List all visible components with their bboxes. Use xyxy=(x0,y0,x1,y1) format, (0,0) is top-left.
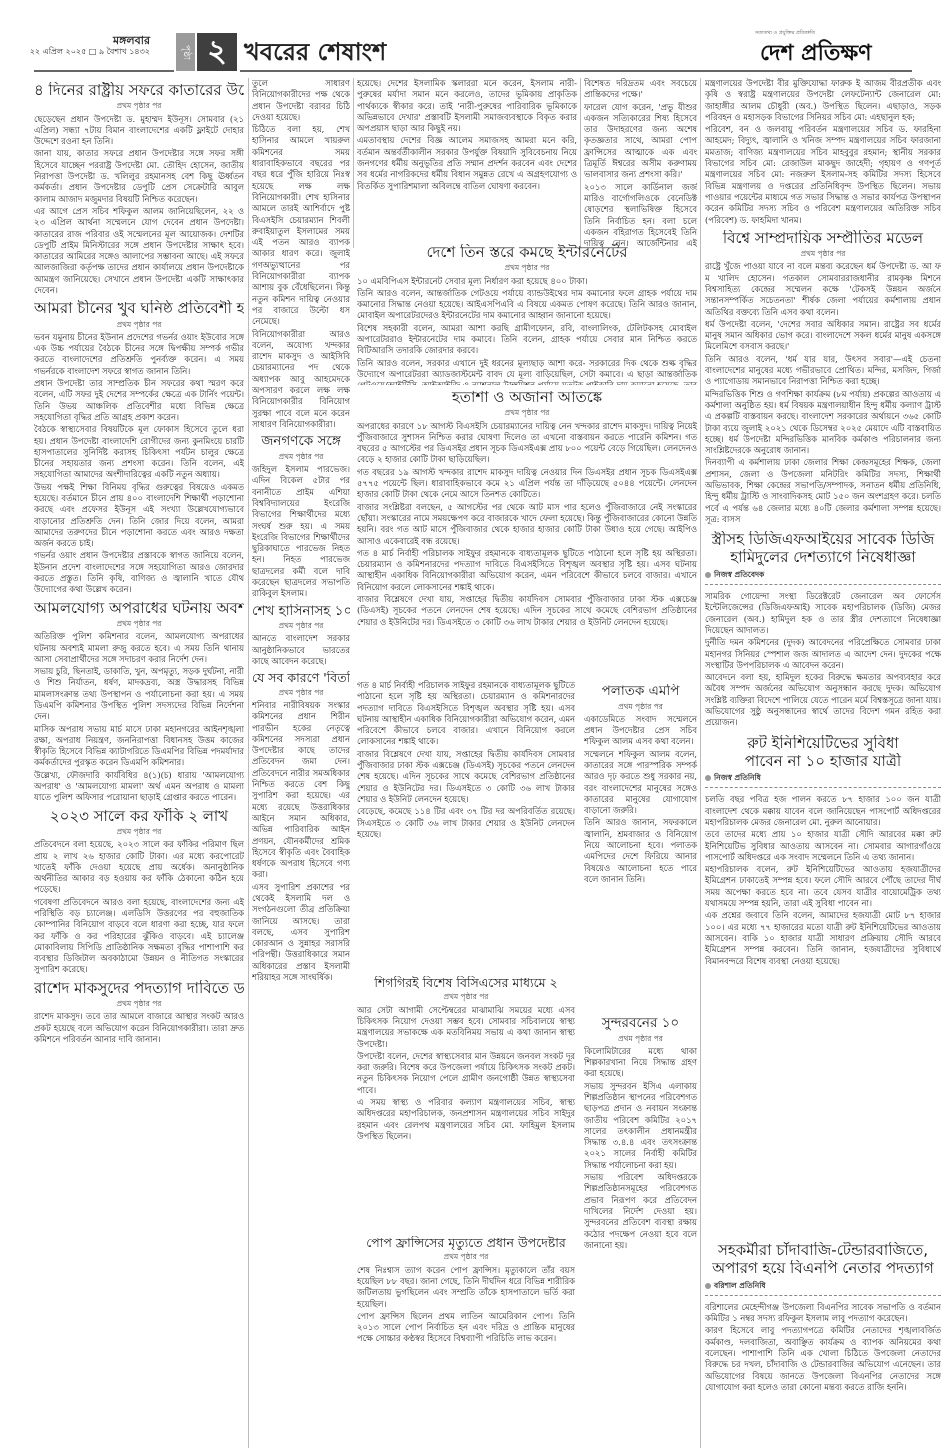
paragraph: এ সময় স্বাস্থ্য ও পরিবার কল্যাণ মন্ত্রণ… xyxy=(357,1097,575,1142)
paragraph: আনতে বাংলাদেশ সরকার আনুষ্ঠানিকভাবে ভারতে… xyxy=(252,633,350,667)
paragraph: পরিবেশ, বন ও জলবায়ু পরিবর্তন মন্ত্রণালয… xyxy=(705,124,941,226)
paragraph: তিনি আরও বলেন, সরকার এখানে দুই ধরনের মূল… xyxy=(357,358,697,385)
column-3-mid: গত ৪ মার্চ নির্বাহী পরিচালক সাইফুর রহমান… xyxy=(357,680,575,970)
dashed-divider xyxy=(705,1295,941,1296)
column-divider xyxy=(248,78,249,1448)
article-despair-fear: হতাশা ও অজানা আতঙ্কে প্রথম পৃষ্ঠার পর অপ… xyxy=(357,385,697,675)
headline: ২০২৩ সালে কর ফাঁকি ২ লাখ xyxy=(34,808,244,825)
article-china-neighbor: আমরা চীনের খুব ঘনিষ্ঠ প্রতিবেশী হতে প্রথ… xyxy=(34,300,244,595)
jump-label: প্রথম পৃষ্ঠার পর xyxy=(34,618,244,629)
paragraph: ফারেল যোগ করেন, 'প্রভু যীশুর একজন সত্যিক… xyxy=(584,102,697,181)
column-1: ৪ দিনের রাষ্ট্রীয় সফরে কাতারের উদ্দেশে … xyxy=(34,78,244,1448)
byline-text: নিজস্ব প্রতিনিধি xyxy=(714,773,761,782)
headline: পলাতক এমপি xyxy=(584,684,697,700)
jump-label: প্রথম পৃষ্ঠার পর xyxy=(34,826,244,837)
bullet-icon xyxy=(705,1283,711,1289)
paragraph: এসব সুপারিশ প্রকাশের পর থেকেই ইসলামি দল … xyxy=(252,882,350,984)
paragraph: বাজার সংশ্লিষ্টরা বলছেন, ৫ আগস্টের পর থে… xyxy=(357,502,697,547)
article-rashed-resignation: রাশেদ মাকসুদের পদত্যাগ দাবিতে ড. প্রথম প… xyxy=(34,980,244,1045)
headline-line-2: হামিদুলের দেশত্যাগে নিষেধাজ্ঞা xyxy=(705,549,941,566)
page-number: ২ xyxy=(197,33,237,71)
paragraph: আর সেটা আগামী সেপ্টেম্বরের মাঝামাঝি সময়… xyxy=(357,1005,575,1050)
column-divider xyxy=(580,78,581,248)
paragraph: প্রধান উপদেষ্টা তার সাম্প্রতিক চীন সফরের… xyxy=(34,378,244,423)
article-cognizable-crime: আমলযোগ্য অপরাধের ঘটনায় অবশ্যই প্রথম পৃষ… xyxy=(34,600,244,804)
headline: দেশে তিন স্তরে কমছে ইন্টারনেটের xyxy=(357,244,697,261)
paragraph: সভায় চুরি, ছিনতাই, ডাকাতি, খুন, অপমৃত্য… xyxy=(34,666,244,722)
issue-date: ২২ এপ্রিল ২০২৫ □ ৯ বৈশাখ ১৪৩২ xyxy=(30,46,150,59)
headline: আমলযোগ্য অপরাধের ঘটনায় অবশ্যই xyxy=(34,600,244,617)
header-rule-left xyxy=(34,70,174,72)
headline: বিশ্বে সাম্প্রদায়িক সম্প্রীতির মডেল xyxy=(705,230,941,247)
paragraph: প্রতিবেদনে বলা হয়েছে, ২০২৩ সালে কর ফাঁক… xyxy=(34,839,244,895)
article-qatar-visit: ৪ দিনের রাষ্ট্রীয় সফরে কাতারের উদ্দেশে … xyxy=(34,82,244,296)
jump-label: প্রথম পৃষ্ঠার পর xyxy=(252,620,350,631)
headline: পোপ ফ্রান্সিসের মৃত্যুতে প্রধান উপদেষ্টা… xyxy=(357,1236,575,1250)
jump-label: প্রথম পৃষ্ঠার পর xyxy=(705,248,941,259)
paragraph: জহিদুল ইসলাম পারভেজ। এদিন বিকেল ৫টার পর … xyxy=(252,464,350,600)
paragraph: তুলে সাধারণ বিনিয়োগকারীদের পক্ষ থেকে প্… xyxy=(252,78,350,123)
jump-label: প্রথম পৃষ্ঠার পর xyxy=(357,1251,575,1262)
paragraph: অপরাধের কারণে ১৮ আগস্ট বিএসইসি চেয়ারম্য… xyxy=(357,421,697,466)
headline: হতাশা ও অজানা আতঙ্কে xyxy=(357,389,697,406)
headline-line-2: পাবেন না ১০ হাজার যাত্রী xyxy=(705,753,941,770)
article-hajj-route-initiative: রুট ইনিশিয়েটিভের সুবিধা পাবেন না ১০ হাজ… xyxy=(705,735,941,967)
byline: বরিশাল প্রতিনিধি xyxy=(705,1280,941,1291)
paragraph: জানা যায়, কাতার সফরে প্রধান উপদেষ্টার স… xyxy=(34,148,244,204)
headline-line-1: রুট ইনিশিয়েটিভের সুবিধা xyxy=(705,735,941,752)
paragraph: তিনি আরও জানান, সফরকালে জ্বালানি, শ্রমবা… xyxy=(584,817,697,885)
article-fugitive-mp: পলাতক এমপি প্রথম পৃষ্ঠার পর একাডেমিতে সং… xyxy=(584,680,697,1010)
paragraph: হয়েছে। দেশের ইসলামিক স্কলাররা মনে করেন,… xyxy=(357,78,577,134)
article-public-together: জনগণকে সঙ্গে প্রথম পৃষ্ঠার পর জহিদুল ইসল… xyxy=(252,434,350,599)
paragraph: বাজার বিশ্লেষণে দেখা যায়, সপ্তাহের দ্বি… xyxy=(357,594,697,628)
paragraph: মন্দিরভিত্তিক শিশু ও গণশিক্ষা কার্যক্রম … xyxy=(705,389,941,457)
column-divider xyxy=(353,78,354,248)
paragraph: অতিরিক্ত পুলিশ কমিশনার বলেন, আমলযোগ্য অপ… xyxy=(34,631,244,665)
paragraph: চলতি বছর পবিত্র হজ পালন করতে ৮৭ হাজার ১০… xyxy=(705,794,941,828)
bullet-icon xyxy=(705,572,711,578)
paragraph: তিনি আরও বলেন, আন্তর্জাতিক গেটওয়ে পর্যা… xyxy=(357,288,697,322)
paragraph: শেষ নিঃশ্বাস ত্যাগ করেন পোপ ফ্রান্সিস। ম… xyxy=(357,1265,575,1310)
headline: শিগগিরই বিশেষ বিসিএসের মাধ্যমে ২ xyxy=(357,976,575,990)
byline: নিজস্ব প্রতিনিধি xyxy=(705,772,941,783)
paragraph: মহাপরিচালক বলেন, রুট ইনিশিয়েটিভের আওতায… xyxy=(705,864,941,909)
page-label: পৃষ্ঠা xyxy=(176,33,195,71)
paragraph: এমতাবস্থায় দেশের বিজ্ঞ আলেম সমাজসহ আমরা… xyxy=(357,135,577,191)
article-investors-letter: তুলে সাধারণ বিনিয়োগকারীদের পক্ষ থেকে প্… xyxy=(252,78,350,430)
paragraph: বরিশালের মেহেন্দীগঞ্জ উপজেলা বিএনপির সাব… xyxy=(705,1302,941,1325)
paragraph: বৈঠকে স্বাস্থ্যসেবার বিষয়টিকে মূল ফোকাস… xyxy=(34,424,244,480)
paragraph: আবেদনে বলা হয়, হামিদুল হকের বিরুদ্ধে ক্… xyxy=(705,672,941,728)
jump-label: প্রথম পৃষ্ঠার পর xyxy=(34,998,244,1009)
paragraph: গবেষণা প্রতিবেদনে আরও বলা হয়েছে, বাংলাদ… xyxy=(34,897,244,976)
headline: ৪ দিনের রাষ্ট্রীয় সফরে কাতারের উদ্দেশে xyxy=(34,82,244,99)
paragraph: ছেড়েছেন প্রধান উপদেষ্টা ড. মুহাম্মদ ইউন… xyxy=(34,114,244,148)
paragraph: উভয় পক্ষই শিক্ষা বিনিময় বৃদ্ধির গুরুত্… xyxy=(34,482,244,550)
paragraph: সামরিক গোয়েন্দা সংস্থা ডিরেক্টরেট জেনার… xyxy=(705,591,941,636)
jump-label: প্রথম পৃষ্ঠার পর xyxy=(357,407,697,418)
paragraph: একাডেমিতে সংবাদ সম্মেলনে প্রধান উপদেষ্টা… xyxy=(584,714,697,748)
headline: আমরা চীনের খুব ঘনিষ্ঠ প্রতিবেশী হতে xyxy=(34,300,244,317)
paragraph: রাষ্ট্রে খুঁজে পাওয়া যাবে না বলে মন্তব্… xyxy=(705,261,941,317)
masthead: মঙ্গলবার ২২ এপ্রিল ২০২৫ □ ৯ বৈশাখ ১৪৩২ প… xyxy=(0,0,945,62)
article-dgfi-travel-ban: স্ত্রীসহ ডিজিএফআইয়ের সাবেক ডিজি হামিদুল… xyxy=(705,531,941,728)
paragraph: দিনব্যাপী এ কর্মশালায় ঢাকা জেলার শিক্ষা… xyxy=(705,457,941,525)
jump-label: প্রথম পৃষ্ঠার পর xyxy=(584,1033,697,1044)
paragraph: বাজার বিশ্লেষণে দেখা যায়, সপ্তাহের দ্বি… xyxy=(357,749,575,805)
article-pope-francis: পোপ ফ্রান্সিসের মৃত্যুতে প্রধান উপদেষ্টা… xyxy=(357,1232,575,1448)
article-sundarbans: সুন্দরবনের ১০ প্রথম পৃষ্ঠার পর কিলোমিটার… xyxy=(584,1012,697,1448)
paragraph: গত ৪ মার্চ নির্বাহী পরিচালক সাইফুর রহমান… xyxy=(357,548,697,593)
paragraph: পোপ ফ্রান্সিস ছিলেন প্রথম লাতিন আমেরিকান… xyxy=(357,1311,575,1345)
headline: সুন্দরবনের ১০ xyxy=(584,1016,697,1032)
column-4-top: বিশেষত দরিদ্রতম এবং সবচেয়ে প্রান্তিকদের… xyxy=(584,78,697,248)
paragraph: গত ৪ মার্চ নির্বাহী পরিচালক সাইফুর রহমান… xyxy=(357,680,575,748)
byline-text: নিজস্ব প্রতিবেদক xyxy=(714,570,764,579)
article-internet-price: দেশে তিন স্তরে কমছে ইন্টারনেটের প্রথম পৃ… xyxy=(357,240,697,385)
column-divider xyxy=(700,78,701,1448)
jump-label: প্রথম পৃষ্ঠার পর xyxy=(252,451,350,462)
dashed-divider xyxy=(705,787,941,788)
paragraph: এক প্রশ্নের জবাবে তিনি বলেন, আমাদের হজযা… xyxy=(705,910,941,966)
dashed-divider xyxy=(705,584,941,585)
paragraph: বিশেষ সহকারী বলেন, আমরা আশা করছি গ্রামীণ… xyxy=(357,323,697,357)
column-3-top: হয়েছে। দেশের ইসলামিক স্কলাররা মনে করেন,… xyxy=(357,78,577,243)
paragraph: তিনি আরও বলেন, 'ধর্ম যার যার, উৎসব সবার'… xyxy=(705,354,941,388)
paragraph: মন্ত্রণালয়ের উপদেষ্টা বীর মুক্তিযোদ্ধা … xyxy=(705,78,941,123)
jump-label: প্রথম পৃষ্ঠার পর xyxy=(34,319,244,330)
headline-line-2: অপারগ হয়ে বিএনপি নেতার পদত্যাগ xyxy=(705,1260,941,1277)
headline-line-1: স্ত্রীসহ ডিজিএফআইয়ের সাবেক ডিজি xyxy=(705,531,941,548)
article-special-bcs: শিগগিরই বিশেষ বিসিএসের মাধ্যমে ২ প্রথম প… xyxy=(357,972,575,1230)
paragraph: বেড়েছে, কমেছে ১১৪ টির এবং ৩৭ টির দর অপর… xyxy=(357,806,575,840)
paragraph: ২০১৩ সালে কার্ডিনাল জর্জ মারিও বার্গোগলি… xyxy=(584,182,697,248)
jump-label: প্রথম পৃষ্ঠার পর xyxy=(34,100,244,111)
paragraph: এর আগে প্রেস সচিব শফিকুল আলম জানিয়েছিলে… xyxy=(34,206,244,296)
article-communal-harmony: বিশ্বে সাম্প্রদায়িক সম্প্রীতির মডেল প্র… xyxy=(705,230,941,525)
byline-text: বরিশাল প্রতিনিধি xyxy=(714,1281,766,1290)
article-hasina-ten: শেখ হাসিনাসহ ১০ প্রথম পৃষ্ঠার পর আনতে বা… xyxy=(252,604,350,668)
paragraph: সভায় পরিবেশ অধিদপ্তরকে শিল্পপ্রতিষ্ঠানস… xyxy=(584,1172,697,1251)
article-tax-evasion: ২০২৩ সালে কর ফাঁকি ২ লাখ প্রথম পৃষ্ঠার প… xyxy=(34,808,244,976)
paragraph: ১০ এমবিপিএস ইন্টারনেট সেবার মূল্য নির্ধা… xyxy=(357,276,697,287)
headline: শেখ হাসিনাসহ ১০ xyxy=(252,604,350,620)
paragraph: সভায় সুন্দরবন ইসিএ এলাকায় শিল্পপ্রতিষ্… xyxy=(584,1081,697,1171)
headline: রাশেদ মাকসুদের পদত্যাগ দাবিতে ড. xyxy=(34,980,244,997)
paragraph: মাসিক অপরাধ সভায় মার্চ মাসে ঢাকা মহানগর… xyxy=(34,724,244,769)
jump-label: প্রথম পৃষ্ঠার পর xyxy=(357,991,575,1002)
jump-label: প্রথম পৃষ্ঠার পর xyxy=(357,262,697,273)
headline: জনগণকে সঙ্গে xyxy=(252,434,350,450)
headline: যে সব কারণে 'বিতর্কিত' xyxy=(252,671,350,685)
bullet-icon xyxy=(705,775,711,781)
paragraph: কিলোমিটারের মধ্যে থাকা শিল্পকারখানা নিয়… xyxy=(584,1046,697,1080)
jump-label: প্রথম পৃষ্ঠার পর xyxy=(584,701,697,712)
byline: নিজস্ব প্রতিবেদক xyxy=(705,569,941,580)
newspaper-logo: দেশ প্রতিক্ষণ xyxy=(760,36,872,73)
jump-label: প্রথম পৃষ্ঠার পর xyxy=(252,687,350,698)
headline-line-1: সহকর্মীরা চাঁদাবাজি-টেন্ডারবাজিতে, xyxy=(705,1242,941,1259)
column-2: তুলে সাধারণ বিনিয়োগকারীদের পক্ষ থেকে প্… xyxy=(252,78,350,1448)
paragraph: গত বছরের ১৯ আগস্ট খন্দকার রাশেদ মাকসুদ দ… xyxy=(357,467,697,501)
paragraph: চিঠিতে বলা হয়, শেখ হাসিনার আমলে খায়রুল… xyxy=(252,124,350,327)
paragraph: রাশেদ মাকসুদ। তবে তার আমলে বাজারে আস্থার… xyxy=(34,1011,244,1045)
paragraph: তবে তাদের মধ্যে প্রায় ১০ হাজার যাত্রী স… xyxy=(705,829,941,863)
article-bnp-resignation: সহকর্মীরা চাঁদাবাজি-টেন্ডারবাজিতে, অপারগ… xyxy=(705,1240,941,1448)
paragraph: সম্মেলনে শফিকুল আলম বলেন, কাতারের সঙ্গে … xyxy=(584,749,697,817)
section-title: খবরের শেষাংশ xyxy=(244,34,386,74)
article-controversial: যে সব কারণে 'বিতর্কিত' প্রথম পৃষ্ঠার পর … xyxy=(252,671,350,983)
paragraph: শনিবার নারীবিষয়ক সংস্কার কমিশনের প্রধান… xyxy=(252,700,350,881)
paragraph: বিশেষত দরিদ্রতম এবং সবচেয়ে প্রান্তিকদের… xyxy=(584,78,697,101)
paragraph: ধর্ম উপদেষ্টা বলেন, 'দেশের সবার অধিকার স… xyxy=(705,319,941,353)
paragraph: ভবন যমুনায় চীনের ইউনান প্রদেশের গভর্নর … xyxy=(34,332,244,377)
article-committee-meeting: মন্ত্রণালয়ের উপদেষ্টা বীর মুক্তিযোদ্ধা … xyxy=(705,78,941,226)
paragraph: দুর্নীতি দমন কমিশনের (দুদক) আবেদনের পরিপ… xyxy=(705,637,941,671)
paragraph: কারণ হিসেবে লাবু পদত্যাগপত্রে কমিটির নেত… xyxy=(705,1325,941,1393)
paragraph: উল্লেখ্য, ফৌজদারি কার্যবিধির ৪(১)(চ) ধার… xyxy=(34,770,244,804)
paragraph: বিনিয়োগকারীরা আরও বলেন, অযোগ্য খন্দকার … xyxy=(252,329,350,431)
paragraph: উপদেষ্টা বলেন, দেশের স্বাস্থ্যসেবার মান … xyxy=(357,1051,575,1096)
paragraph: গভর্নর ওয়াং প্রধান উপদেষ্টার প্রস্তাবকে… xyxy=(34,550,244,595)
